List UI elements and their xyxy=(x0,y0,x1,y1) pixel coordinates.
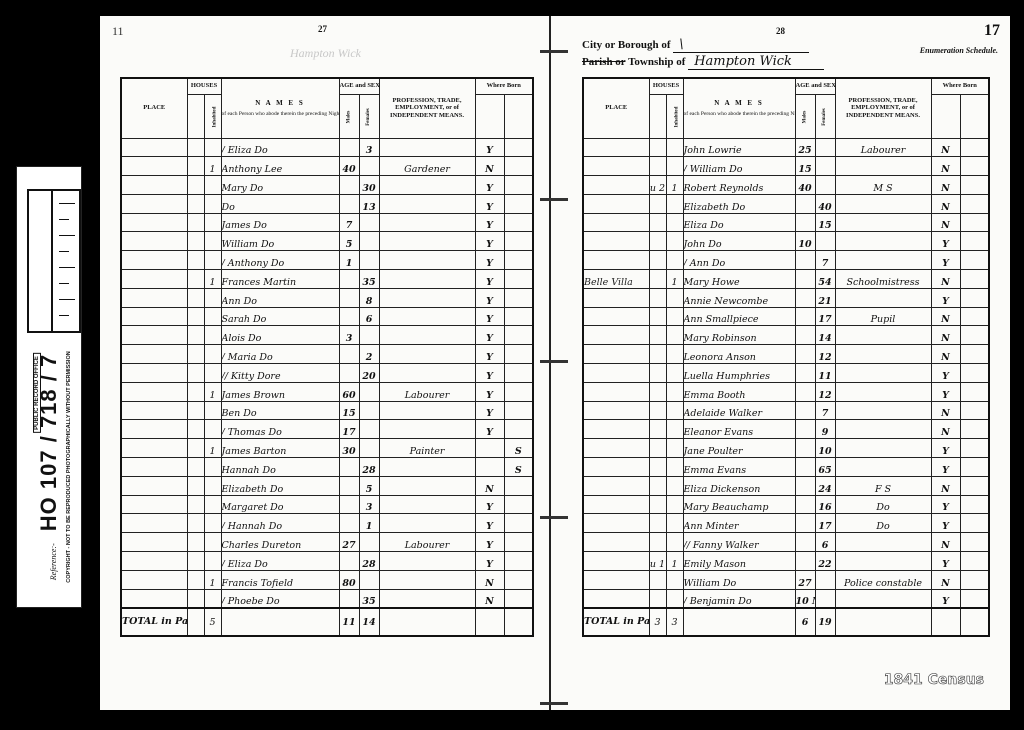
total-females: 14 xyxy=(359,608,379,636)
row-profession xyxy=(835,251,931,270)
row-name: // Kitty Dore xyxy=(221,364,339,383)
row-place xyxy=(583,364,649,383)
row-place xyxy=(583,232,649,251)
row-male-age xyxy=(795,270,815,289)
census-book: 11 27 Hampton Wick PLACE HOUSES N A M E … xyxy=(100,16,1010,710)
row-female-age xyxy=(359,251,379,270)
row-female-age: 1 xyxy=(359,514,379,533)
row-female-age xyxy=(359,382,379,401)
row-born-same-county: N xyxy=(931,270,960,289)
row-male-age xyxy=(339,270,359,289)
row-profession: Pupil xyxy=(835,307,931,326)
census-row: Leonora Anson12N xyxy=(583,345,989,364)
row-uninhabited xyxy=(649,326,666,345)
row-name: Charles Dureton xyxy=(221,533,339,552)
census-row: Ann Do8Y xyxy=(121,288,533,307)
row-born-foreign xyxy=(504,345,533,364)
row-male-age xyxy=(795,476,815,495)
township-line: Parish or Township of Hampton Wick xyxy=(582,54,824,70)
township-label: Township of xyxy=(628,56,685,68)
row-uninhabited xyxy=(187,364,204,383)
row-place xyxy=(583,533,649,552)
total-foreign-blank xyxy=(504,608,533,636)
row-uninhabited xyxy=(187,458,204,477)
row-place xyxy=(583,138,649,157)
row-female-age xyxy=(359,420,379,439)
row-uninhabited xyxy=(649,251,666,270)
row-uninhabited xyxy=(649,570,666,589)
row-born-same-county: Y xyxy=(475,288,504,307)
row-name: Mary Beauchamp xyxy=(683,495,795,514)
row-profession: Labourer xyxy=(379,382,475,401)
row-profession xyxy=(835,213,931,232)
row-male-age: 15 xyxy=(795,157,815,176)
row-born-same-county: Y xyxy=(931,364,960,383)
row-profession: M S xyxy=(835,176,931,195)
row-profession: Painter xyxy=(379,439,475,458)
total-born-blank xyxy=(475,608,504,636)
row-uninhabited xyxy=(649,420,666,439)
row-profession xyxy=(835,420,931,439)
row-female-age: 17 xyxy=(815,307,835,326)
row-name: Mary Robinson xyxy=(683,326,795,345)
row-profession: Schoolmistress xyxy=(835,270,931,289)
row-uninhabited xyxy=(649,514,666,533)
row-born-foreign xyxy=(960,476,989,495)
right-rows: John Lowrie25LabourerN/ William Do15Nu 2… xyxy=(583,138,989,608)
row-place xyxy=(121,251,187,270)
row-profession xyxy=(379,176,475,195)
row-profession xyxy=(835,589,931,608)
row-born-same-county: N xyxy=(931,420,960,439)
row-inhabited xyxy=(204,476,221,495)
parish-label-struck: Parish or xyxy=(582,56,626,68)
row-female-age xyxy=(359,401,379,420)
row-place xyxy=(583,288,649,307)
row-female-age: 7 xyxy=(815,401,835,420)
row-profession xyxy=(835,364,931,383)
row-place xyxy=(583,307,649,326)
row-place xyxy=(121,458,187,477)
census-row: Hannah Do28S xyxy=(121,458,533,477)
row-place xyxy=(583,552,649,571)
row-born-same-county: N xyxy=(931,138,960,157)
row-place xyxy=(121,345,187,364)
row-inhabited xyxy=(204,589,221,608)
row-born-foreign xyxy=(504,533,533,552)
row-uninhabited xyxy=(649,458,666,477)
row-female-age: 22 xyxy=(815,552,835,571)
row-male-age: 30 xyxy=(339,439,359,458)
row-born-foreign xyxy=(960,138,989,157)
left-rows: / Eliza Do3Y1Anthony Lee40GardenerNMary … xyxy=(121,138,533,608)
col-profession: PROFESSION, TRADE, EMPLOYMENT, or of IND… xyxy=(835,78,931,138)
copyright-notice: COPYRIGHT - NOT TO BE REPRODUCED PHOTOGR… xyxy=(66,351,72,582)
row-inhabited xyxy=(666,570,683,589)
row-born-foreign xyxy=(960,514,989,533)
census-row: // Fanny Walker6N xyxy=(583,533,989,552)
col-where-born: Where Born xyxy=(931,78,989,94)
row-profession: Labourer xyxy=(835,138,931,157)
census-row: William Do5Y xyxy=(121,232,533,251)
row-female-age: 3 xyxy=(359,495,379,514)
row-uninhabited xyxy=(649,307,666,326)
row-place xyxy=(121,176,187,195)
row-born-foreign xyxy=(960,364,989,383)
row-born-foreign xyxy=(960,307,989,326)
row-born-same-county: N xyxy=(475,589,504,608)
row-name: / Phoebe Do xyxy=(221,589,339,608)
row-uninhabited xyxy=(187,307,204,326)
row-born-foreign xyxy=(960,570,989,589)
row-name: Mary Do xyxy=(221,176,339,195)
row-place xyxy=(121,364,187,383)
row-female-age: 54 xyxy=(815,270,835,289)
reference-label: Reference:- xyxy=(49,543,58,580)
row-born-foreign xyxy=(504,251,533,270)
row-female-age: 7 xyxy=(815,251,835,270)
row-place xyxy=(583,382,649,401)
row-place xyxy=(121,495,187,514)
row-born-same-county: Y xyxy=(475,138,504,157)
row-profession xyxy=(379,326,475,345)
row-born-same-county: Y xyxy=(475,382,504,401)
row-name: Ann Minter xyxy=(683,514,795,533)
row-profession xyxy=(379,476,475,495)
row-inhabited xyxy=(666,364,683,383)
row-born-same-county: Y xyxy=(475,194,504,213)
row-profession xyxy=(379,345,475,364)
row-born-same-county: Y xyxy=(475,495,504,514)
row-male-age xyxy=(795,194,815,213)
row-inhabited xyxy=(204,176,221,195)
row-place xyxy=(121,552,187,571)
row-female-age: 35 xyxy=(359,589,379,608)
census-row: Sarah Do6Y xyxy=(121,307,533,326)
row-profession: Labourer xyxy=(379,533,475,552)
males-label: Males xyxy=(802,111,808,124)
row-place xyxy=(121,420,187,439)
total-foreign-blank xyxy=(960,608,989,636)
row-inhabited xyxy=(204,345,221,364)
row-uninhabited xyxy=(187,176,204,195)
col-born-foreign: Whether Born in Scotland, Ireland, or Fo… xyxy=(960,94,989,138)
scale-tick xyxy=(59,203,75,204)
row-name: Alois Do xyxy=(221,326,339,345)
row-female-age: 11 xyxy=(815,364,835,383)
row-profession xyxy=(379,570,475,589)
row-name: James Brown xyxy=(221,382,339,401)
row-born-same-county: Y xyxy=(475,364,504,383)
census-row: 1Anthony Lee40GardenerN xyxy=(121,157,533,176)
row-male-age xyxy=(339,552,359,571)
females-label: Females xyxy=(822,108,828,126)
col-inhabited: Inhabited xyxy=(204,94,221,138)
page-number: 28 xyxy=(776,26,785,36)
row-female-age: 12 xyxy=(815,345,835,364)
census-row: John Lowrie25LabourerN xyxy=(583,138,989,157)
corner-mark: 11 xyxy=(112,24,124,39)
col-inhabited: Inhabited xyxy=(666,94,683,138)
row-uninhabited: u 1 xyxy=(649,552,666,571)
row-profession xyxy=(379,194,475,213)
row-female-age: 24 xyxy=(815,476,835,495)
row-male-age xyxy=(339,458,359,477)
row-profession xyxy=(835,382,931,401)
row-place xyxy=(583,458,649,477)
row-uninhabited xyxy=(187,589,204,608)
row-born-foreign xyxy=(504,476,533,495)
row-profession xyxy=(835,552,931,571)
row-born-same-county: Y xyxy=(475,213,504,232)
row-born-same-county: N xyxy=(931,570,960,589)
row-born-foreign xyxy=(960,420,989,439)
city-borough-line: City or Borough of \ xyxy=(582,37,809,53)
census-row: / Anthony Do1Y xyxy=(121,251,533,270)
row-uninhabited xyxy=(187,439,204,458)
row-inhabited xyxy=(204,138,221,157)
census-row: Ben Do15Y xyxy=(121,401,533,420)
row-born-same-county: Y xyxy=(931,495,960,514)
row-born-foreign xyxy=(504,213,533,232)
row-uninhabited xyxy=(187,213,204,232)
row-uninhabited xyxy=(649,345,666,364)
row-profession xyxy=(379,589,475,608)
row-inhabited: 1 xyxy=(204,439,221,458)
total-profession-blank xyxy=(835,608,931,636)
row-name: / William Do xyxy=(683,157,795,176)
row-born-same-county: N xyxy=(931,533,960,552)
row-born-foreign xyxy=(504,552,533,571)
row-male-age xyxy=(795,439,815,458)
total-uninhabited xyxy=(187,608,204,636)
row-male-age xyxy=(795,288,815,307)
row-name: John Lowrie xyxy=(683,138,795,157)
row-born-same-county: Y xyxy=(931,288,960,307)
scale-tick xyxy=(59,267,75,268)
census-row: Margaret Do3Y xyxy=(121,495,533,514)
row-female-age xyxy=(815,232,835,251)
row-uninhabited xyxy=(649,270,666,289)
row-uninhabited xyxy=(649,495,666,514)
row-male-age: 10 Mo xyxy=(795,589,815,608)
row-born-same-county: Y xyxy=(475,533,504,552)
row-place xyxy=(583,589,649,608)
row-inhabited: 1 xyxy=(666,176,683,195)
city-value: \ xyxy=(673,37,809,53)
row-female-age xyxy=(359,533,379,552)
row-born-same-county: Y xyxy=(931,251,960,270)
row-born-same-county: Y xyxy=(931,514,960,533)
row-name: James Do xyxy=(221,213,339,232)
row-place xyxy=(583,176,649,195)
row-inhabited xyxy=(666,307,683,326)
col-males: Males xyxy=(339,94,359,138)
row-profession xyxy=(379,552,475,571)
census-row: Adelaide Walker7N xyxy=(583,401,989,420)
row-name: Annie Newcombe xyxy=(683,288,795,307)
census-row: / Eliza Do3Y xyxy=(121,138,533,157)
row-born-foreign xyxy=(504,420,533,439)
census-row: Mary Do30Y xyxy=(121,176,533,195)
row-male-age xyxy=(795,495,815,514)
row-profession: Do xyxy=(835,495,931,514)
row-male-age: 10 xyxy=(795,232,815,251)
row-born-foreign xyxy=(504,176,533,195)
row-inhabited xyxy=(204,288,221,307)
row-male-age: 60 xyxy=(339,382,359,401)
row-place xyxy=(583,157,649,176)
col-age-sex: AGE and SEX xyxy=(339,78,379,94)
row-name: Emily Mason xyxy=(683,552,795,571)
row-born-foreign xyxy=(960,401,989,420)
col-uninhabited: Uninhabited or Building xyxy=(649,94,666,138)
census-row: James Do7Y xyxy=(121,213,533,232)
row-place xyxy=(121,213,187,232)
row-female-age: 5 xyxy=(359,476,379,495)
row-born-same-county: Y xyxy=(931,439,960,458)
row-born-foreign xyxy=(960,458,989,477)
row-name: Elizabeth Do xyxy=(683,194,795,213)
row-female-age: 10 xyxy=(815,439,835,458)
row-female-age: 30 xyxy=(359,176,379,195)
total-row: TOTAL in Page 28 3 3 6 19 xyxy=(583,608,989,636)
row-place xyxy=(121,138,187,157)
page-number: 27 xyxy=(318,24,327,34)
census-row: Annie Newcombe21Y xyxy=(583,288,989,307)
total-inhabited: 5 xyxy=(204,608,221,636)
row-male-age xyxy=(339,288,359,307)
row-born-same-county: Y xyxy=(931,382,960,401)
row-female-age: 2 xyxy=(359,345,379,364)
scale-tick xyxy=(59,219,69,220)
row-place xyxy=(583,194,649,213)
census-row: / Thomas Do17Y xyxy=(121,420,533,439)
row-male-age xyxy=(795,326,815,345)
row-inhabited xyxy=(666,476,683,495)
row-male-age: 25 xyxy=(795,138,815,157)
row-male-age xyxy=(339,476,359,495)
row-born-foreign xyxy=(960,157,989,176)
row-profession xyxy=(379,251,475,270)
row-male-age xyxy=(339,307,359,326)
row-uninhabited xyxy=(187,194,204,213)
row-name: Eliza Do xyxy=(683,213,795,232)
row-place xyxy=(121,157,187,176)
census-row: Emma Booth12Y xyxy=(583,382,989,401)
row-inhabited xyxy=(204,251,221,270)
row-name: / Anthony Do xyxy=(221,251,339,270)
row-profession xyxy=(379,401,475,420)
row-female-age xyxy=(359,439,379,458)
row-name: / Maria Do xyxy=(221,345,339,364)
col-place: PLACE xyxy=(121,78,187,138)
row-name: / Benjamin Do xyxy=(683,589,795,608)
row-place xyxy=(121,533,187,552)
total-females: 19 xyxy=(815,608,835,636)
measurement-scale xyxy=(27,189,81,333)
row-born-same-county: Y xyxy=(475,514,504,533)
row-born-foreign xyxy=(504,232,533,251)
row-place xyxy=(583,476,649,495)
row-born-same-county: N xyxy=(931,176,960,195)
census-row: Do13Y xyxy=(121,194,533,213)
row-male-age: 17 xyxy=(339,420,359,439)
row-inhabited xyxy=(204,495,221,514)
row-male-age xyxy=(795,552,815,571)
row-name: Jane Poulter xyxy=(683,439,795,458)
row-name: Ann Smallpiece xyxy=(683,307,795,326)
row-male-age xyxy=(795,458,815,477)
row-born-same-county: N xyxy=(931,345,960,364)
row-male-age xyxy=(795,382,815,401)
row-profession xyxy=(379,307,475,326)
row-female-age xyxy=(359,213,379,232)
row-born-same-county: Y xyxy=(475,326,504,345)
row-female-age: 6 xyxy=(815,533,835,552)
row-place xyxy=(583,213,649,232)
census-row: 1Francis Tofield80N xyxy=(121,570,533,589)
row-female-age: 6 xyxy=(359,307,379,326)
row-female-age: 12 xyxy=(815,382,835,401)
census-row: Ann Smallpiece17PupilN xyxy=(583,307,989,326)
col-where-born: Where Born xyxy=(475,78,533,94)
row-born-same-county: N xyxy=(931,326,960,345)
row-place xyxy=(121,288,187,307)
row-name: / Ann Do xyxy=(683,251,795,270)
row-uninhabited xyxy=(187,157,204,176)
row-name: Anthony Lee xyxy=(221,157,339,176)
row-uninhabited xyxy=(187,420,204,439)
row-born-foreign xyxy=(960,345,989,364)
row-inhabited xyxy=(666,401,683,420)
row-name: / Hannah Do xyxy=(221,514,339,533)
row-male-age xyxy=(795,514,815,533)
census-row: Luella Humphries11Y xyxy=(583,364,989,383)
census-row: / Eliza Do28Y xyxy=(121,552,533,571)
row-born-foreign: S xyxy=(504,439,533,458)
total-born-blank xyxy=(931,608,960,636)
row-inhabited: 1 xyxy=(204,382,221,401)
row-born-same-county: Y xyxy=(931,589,960,608)
row-born-foreign xyxy=(504,326,533,345)
census-row: / William Do15N xyxy=(583,157,989,176)
census-row: u 21Robert Reynolds40M SN xyxy=(583,176,989,195)
row-name: Sarah Do xyxy=(221,307,339,326)
row-female-age: 28 xyxy=(359,458,379,477)
schedule-label: Enumeration Schedule. xyxy=(920,46,998,55)
row-inhabited xyxy=(204,364,221,383)
row-inhabited xyxy=(666,194,683,213)
row-female-age: 8 xyxy=(359,288,379,307)
col-profession: PROFESSION, TRADE, EMPLOYMENT, or of IND… xyxy=(379,78,475,138)
row-profession xyxy=(835,439,931,458)
row-born-foreign xyxy=(504,514,533,533)
census-row: Elizabeth Do5N xyxy=(121,476,533,495)
row-name: Eliza Dickenson xyxy=(683,476,795,495)
row-female-age xyxy=(815,176,835,195)
row-male-age: 27 xyxy=(795,570,815,589)
row-female-age: 16 xyxy=(815,495,835,514)
census-row: Elizabeth Do40N xyxy=(583,194,989,213)
row-female-age xyxy=(815,570,835,589)
row-name: William Do xyxy=(221,232,339,251)
scale-tick xyxy=(59,315,69,316)
col-females: Females xyxy=(359,94,379,138)
inhabited-label: Inhabited xyxy=(674,107,680,128)
col-place: PLACE xyxy=(583,78,649,138)
row-born-foreign xyxy=(504,570,533,589)
